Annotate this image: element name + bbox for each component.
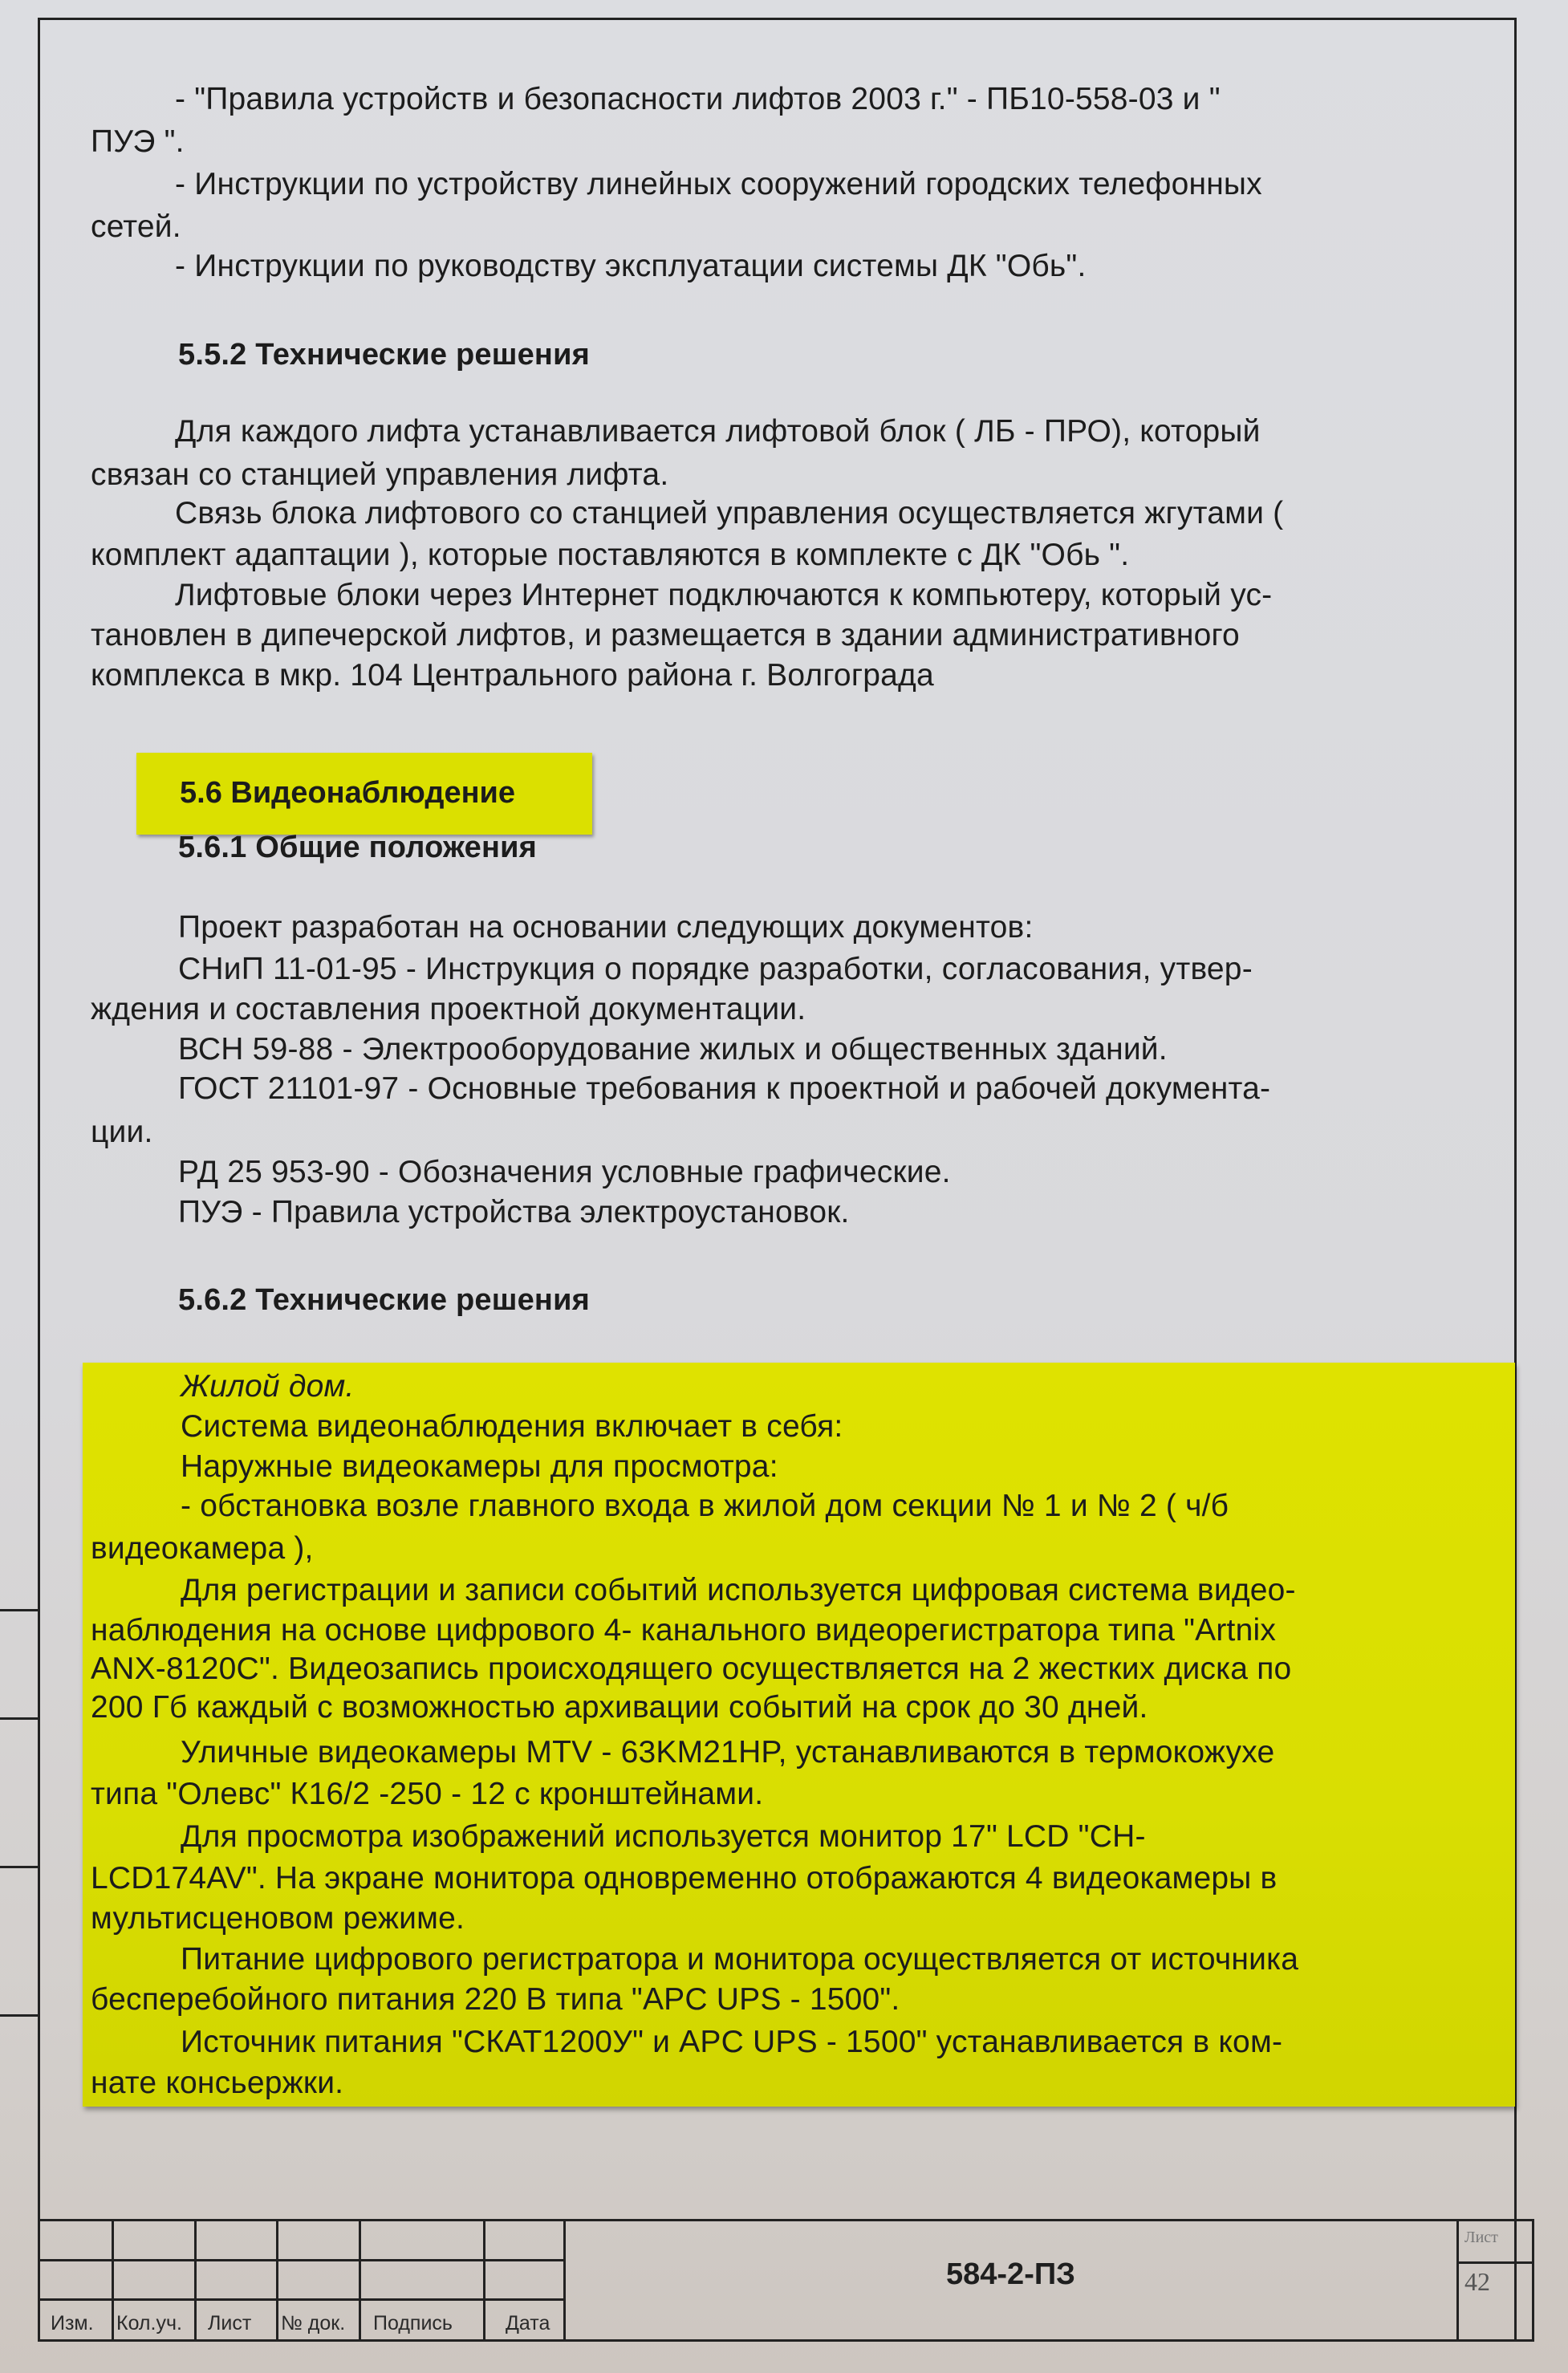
paragraph-line: ПУЭ - Правила устройства электроустаново… — [178, 1193, 850, 1232]
paragraph-line: ГОСТ 21101-97 - Основные требования к пр… — [178, 1070, 1270, 1108]
list-item: - "Правила устройств и безопасности лифт… — [175, 80, 1221, 119]
list-item-continuation: сетей. — [91, 208, 181, 246]
paragraph-line: наблюдения на основе цифрового 4- каналь… — [91, 1611, 1276, 1650]
column-label-qty: Кол.уч. — [116, 2311, 182, 2335]
paragraph-line: ции. — [91, 1113, 153, 1152]
sheet-label: Лист — [1464, 2229, 1498, 2247]
paragraph-line: типа "Олевс" К16/2 -250 - 12 с кронштейн… — [91, 1775, 763, 1814]
section-heading: 5.6.2 Технические решения — [178, 1281, 590, 1319]
section-heading: 5.6.1 Общие положения — [178, 828, 537, 867]
paragraph-line: СНиП 11-01-95 - Инструкция о порядке раз… — [178, 950, 1253, 989]
title-block: Изм. Кол.уч. Лист № док. Подпись Дата 58… — [38, 2219, 1534, 2342]
paragraph-line: Лифтовые блоки через Интернет подключают… — [175, 576, 1272, 615]
paragraph-line: ANX-8120С". Видеозапись происходящего ос… — [91, 1650, 1291, 1688]
margin-stub-line — [0, 1609, 38, 1611]
paragraph-line: комплект адаптации ), которые поставляют… — [91, 536, 1129, 575]
column-label-signature: Подпись — [373, 2311, 453, 2335]
paragraph-line: - обстановка возле главного входа в жило… — [181, 1487, 1229, 1526]
paragraph-line: Для каждого лифта устанавливается лифтов… — [175, 412, 1261, 451]
section-heading: 5.6 Видеонаблюдение — [180, 774, 515, 812]
list-item: - Инструкции по руководству эксплуатации… — [175, 247, 1087, 286]
paragraph-line: Питание цифрового регистратора и монитор… — [181, 1940, 1298, 1979]
paragraph-line: Связь блока лифтового со станцией управл… — [175, 494, 1283, 533]
paragraph-line: Проект разработан на основании следующих… — [178, 908, 1033, 947]
paragraph-line: тановлен в дипечерской лифтов, и размеща… — [91, 616, 1240, 655]
highlighted-section-heading: 5.6 Видеонаблюдение — [136, 753, 592, 835]
paragraph-line: LCD174AV". На экране монитора одновремен… — [91, 1859, 1277, 1898]
paragraph-line: нате консьержки. — [91, 2064, 343, 2103]
list-item-continuation: ПУЭ ". — [91, 123, 185, 161]
sheet-number: 42 — [1464, 2267, 1490, 2297]
paragraph-line: Для просмотра изображений используется м… — [181, 1818, 1146, 1856]
paragraph-line: бесперебойного питания 220 В типа "APC U… — [91, 1981, 900, 2019]
column-label-change: Изм. — [51, 2311, 94, 2335]
paragraph-line: Наружные видеокамеры для просмотра: — [181, 1448, 778, 1486]
paragraph-line: 200 Гб каждый с возможностью архивации с… — [91, 1688, 1148, 1727]
paragraph-line: ВСН 59-88 - Электрооборудование жилых и … — [178, 1030, 1168, 1069]
column-label-doc-no: № док. — [281, 2311, 345, 2335]
paragraph-line: Для регистрации и записи событий использ… — [181, 1571, 1296, 1610]
paragraph-line: ждения и составления проектной документа… — [91, 990, 806, 1029]
list-item: - Инструкции по устройству линейных соор… — [175, 165, 1262, 204]
margin-stub-line — [0, 1866, 38, 1868]
margin-stub-line — [0, 2014, 38, 2017]
paragraph-line: Уличные видеокамеры MTV - 63KM21HP, уста… — [181, 1733, 1274, 1772]
paragraph-line: связан со станцией управления лифта. — [91, 456, 668, 494]
document-code: 584-2-ПЗ — [946, 2257, 1075, 2292]
paragraph-line: мультисценовом режиме. — [91, 1900, 465, 1938]
paragraph-line: Жилой дом. — [181, 1367, 354, 1406]
paragraph-line: Источник питания "СКАТ1200У" и APC UPS -… — [181, 2023, 1282, 2062]
column-label-sheet: Лист — [208, 2311, 251, 2335]
paragraph-line: Система видеонаблюдения включает в себя: — [181, 1408, 843, 1446]
margin-stub-line — [0, 1717, 38, 1720]
section-heading: 5.5.2 Технические решения — [178, 335, 590, 374]
paragraph-line: РД 25 953-90 - Обозначения условные граф… — [178, 1153, 951, 1192]
paragraph-line: комплекса в мкр. 104 Центрального района… — [91, 656, 934, 695]
column-label-date: Дата — [506, 2311, 550, 2335]
paragraph-line: видеокамера ), — [91, 1530, 314, 1568]
